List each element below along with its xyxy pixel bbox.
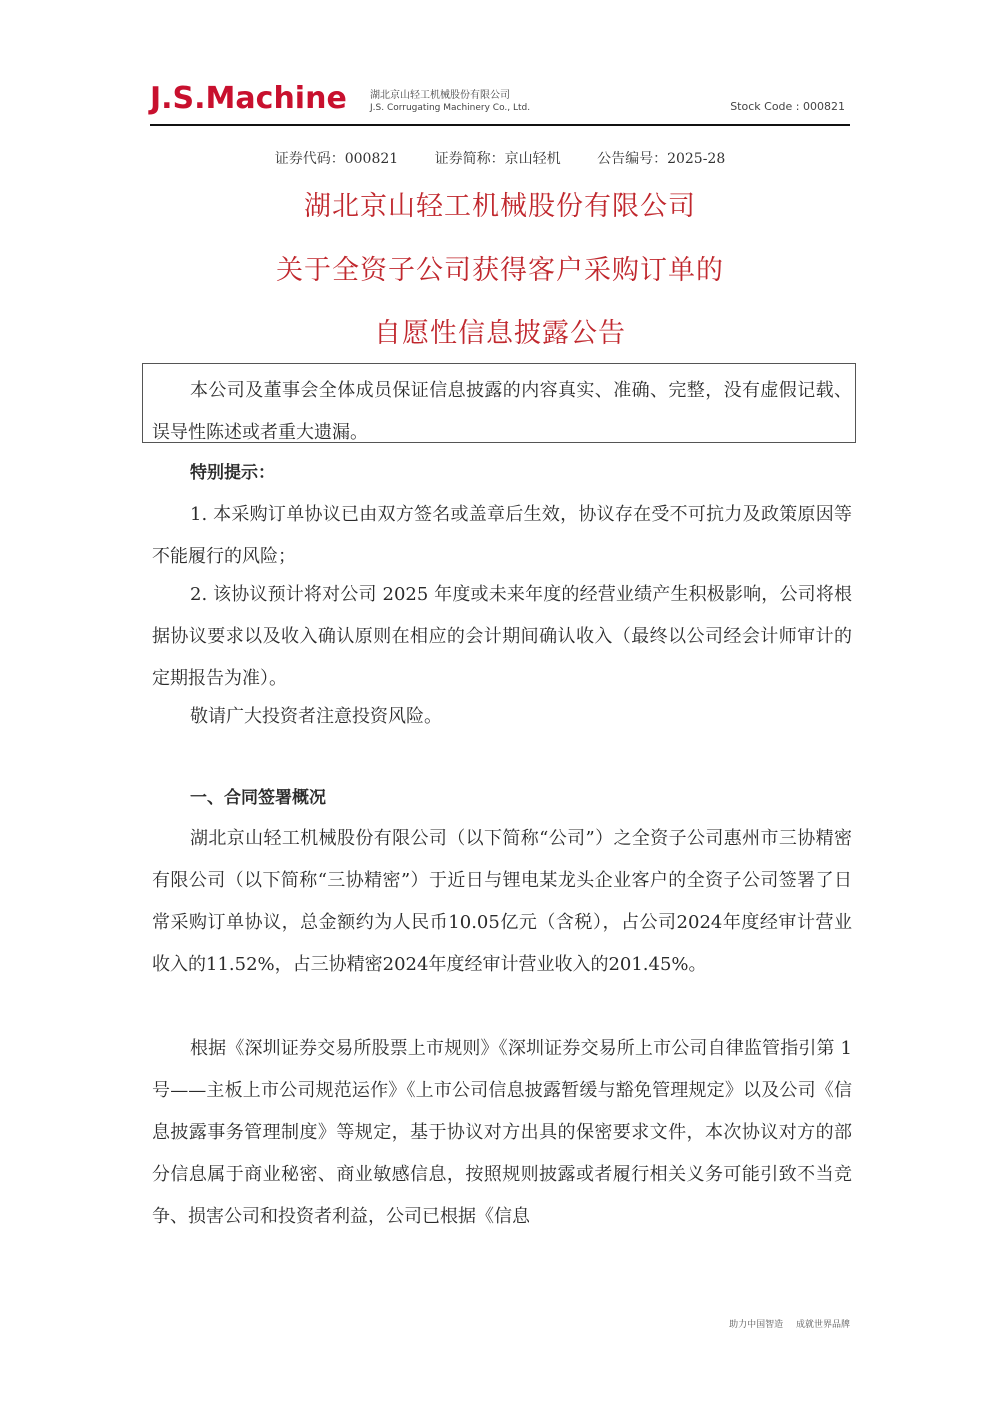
board-guarantee-text: 本公司及董事会全体成员保证信息披露的内容真实、准确、完整，没有虚假记载、误导性陈… <box>152 370 852 454</box>
title-line-2: 关于全资子公司获得客户采购订单的 <box>0 248 1000 287</box>
header-divider <box>150 124 850 126</box>
company-name-en: J.S. Corrugating Machinery Co., Ltd. <box>370 103 530 114</box>
title-line-3: 自愿性信息披露公告 <box>0 311 1000 350</box>
special-tip-2: 2. 该协议预计将对公司 2025 年度或未来年度的经营业绩产生积极影响，公司将… <box>152 574 852 700</box>
risk-reminder: 敬请广大投资者注意投资风险。 <box>152 696 852 738</box>
footer-slogan-1: 助力中国智造 <box>729 1320 783 1330</box>
letterhead: J.S.Machine 湖北京山轻工机械股份有限公司 J.S. Corrugat… <box>150 82 850 124</box>
footer-slogan: 助力中国智造 成就世界品牌 <box>719 1317 850 1330</box>
stock-code: Stock Code : 000821 <box>730 100 845 113</box>
section-1-paragraph-1: 湖北京山轻工机械股份有限公司（以下简称“公司”）之全资子公司惠州市三协精密有限公… <box>152 818 852 986</box>
special-tip-1: 1. 本采购订单协议已由双方签名或盖章后生效，协议存在受不可抗力及政策原因等不能… <box>152 494 852 578</box>
title-line-1: 湖北京山轻工机械股份有限公司 <box>0 184 1000 223</box>
special-tips-heading: 特别提示： <box>152 452 852 494</box>
security-abbreviation: 证券简称：京山轻机 <box>435 151 561 167</box>
section-1-paragraph-2: 根据《深圳证券交易所股票上市规则》《深圳证券交易所上市公司自律监管指引第 1 号… <box>152 1028 852 1238</box>
announcement-number: 公告编号：2025-28 <box>597 151 725 167</box>
section-1-heading: 一、合同签署概况 <box>152 777 852 819</box>
footer-slogan-2: 成就世界品牌 <box>796 1320 850 1330</box>
announcement-meta: 证券代码：000821 证券简称：京山轻机 公告编号：2025-28 <box>0 148 1000 168</box>
company-name-cn: 湖北京山轻工机械股份有限公司 <box>370 90 510 102</box>
security-code: 证券代码：000821 <box>275 151 398 167</box>
company-logo: J.S.Machine <box>150 82 347 116</box>
